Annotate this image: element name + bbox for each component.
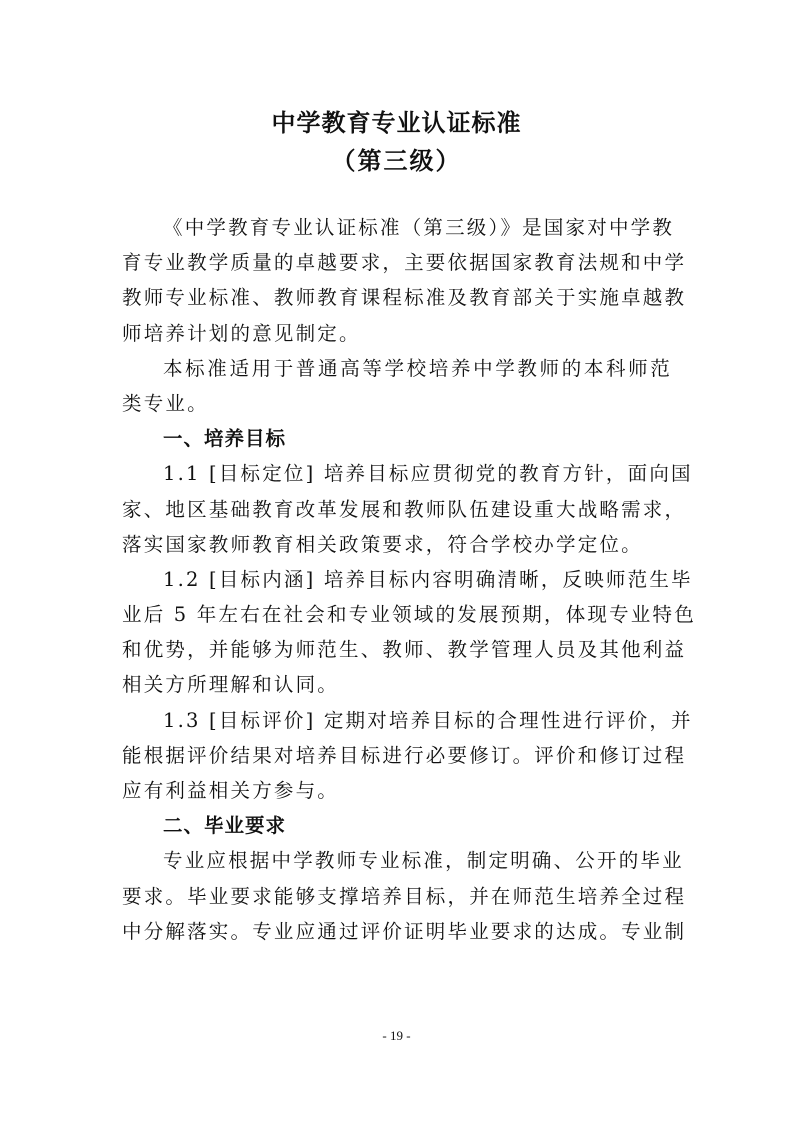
text-line: 专业应根据中学教师专业标准，制定明确、公开的毕业 (122, 843, 672, 878)
text-line: 1.1 [目标定位] 培养目标应贯彻党的教育方针，面向国 (122, 456, 672, 491)
text-line: 要求。毕业要求能够支撑培养目标，并在师范生培养全过程 (122, 879, 672, 914)
text-line: 《中学教育专业认证标准（第三级）》是国家对中学教 (122, 210, 672, 245)
document-subtitle: （第三级） (0, 141, 793, 176)
text-line: 应有利益相关方参与。 (122, 773, 672, 808)
text-line: 1.2 [目标内涵] 培养目标内容明确清晰，反映师范生毕 (122, 562, 672, 597)
text-line: 1.3 [目标评价] 定期对培养目标的合理性进行评价，并 (122, 703, 672, 738)
text-line: 和优势，并能够为师范生、教师、教学管理人员及其他利益 (122, 632, 672, 667)
text-line: 教师专业标准、教师教育课程标准及教育部关于实施卓越教 (122, 280, 672, 315)
text-line: 师培养计划的意见制定。 (122, 316, 672, 351)
text-line: 类专业。 (122, 386, 672, 421)
section-heading-training-goals: 一、培养目标 (122, 421, 672, 456)
document-body: 《中学教育专业认证标准（第三级）》是国家对中学教 育专业教学质量的卓越要求，主要… (122, 210, 672, 949)
clause-1-3: 1.3 [目标评价] 定期对培养目标的合理性进行评价，并 能根据评价结果对培养目… (122, 703, 672, 809)
text-line: 相关方所理解和认同。 (122, 667, 672, 702)
paragraph-intro: 《中学教育专业认证标准（第三级）》是国家对中学教 育专业教学质量的卓越要求，主要… (122, 210, 672, 351)
text-line: 本标准适用于普通高等学校培养中学教师的本科师范 (122, 351, 672, 386)
text-line: 育专业教学质量的卓越要求，主要依据国家教育法规和中学 (122, 245, 672, 280)
clause-1-1: 1.1 [目标定位] 培养目标应贯彻党的教育方针，面向国 家、地区基础教育改革发… (122, 456, 672, 562)
document-page: 中学教育专业认证标准 （第三级） 《中学教育专业认证标准（第三级）》是国家对中学… (0, 0, 793, 1122)
paragraph-scope: 本标准适用于普通高等学校培养中学教师的本科师范 类专业。 (122, 351, 672, 421)
text-line: 中分解落实。专业应通过评价证明毕业要求的达成。专业制 (122, 914, 672, 949)
clause-1-2: 1.2 [目标内涵] 培养目标内容明确清晰，反映师范生毕 业后 5 年左右在社会… (122, 562, 672, 703)
text-line: 能根据评价结果对培养目标进行必要修订。评价和修订过程 (122, 738, 672, 773)
document-title: 中学教育专业认证标准 (0, 103, 793, 138)
text-line: 业后 5 年左右在社会和专业领域的发展预期，体现专业特色 (122, 597, 672, 632)
text-line: 家、地区基础教育改革发展和教师队伍建设重大战略需求， (122, 492, 672, 527)
section-heading-graduation-requirements: 二、毕业要求 (122, 808, 672, 843)
paragraph-graduation: 专业应根据中学教师专业标准，制定明确、公开的毕业 要求。毕业要求能够支撑培养目标… (122, 843, 672, 949)
text-line: 落实国家教师教育相关政策要求，符合学校办学定位。 (122, 527, 672, 562)
page-number: - 19 - (0, 1028, 793, 1044)
